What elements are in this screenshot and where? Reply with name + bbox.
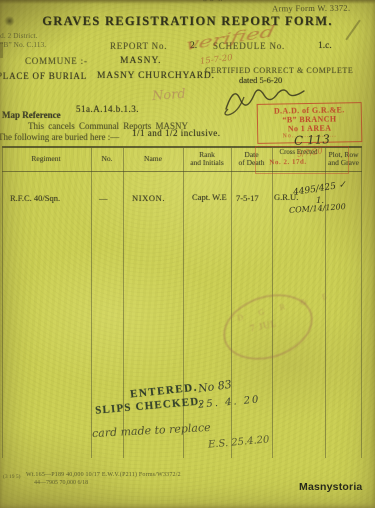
page-title: GRAVES REGISTRATION REPORT FORM. — [42, 14, 333, 29]
col-header-regiment: Regiment — [10, 155, 82, 163]
cutoff-header-number: 3-3-4. — [203, 0, 249, 5]
printers-imprint-line2: 44—7905 70,000 6/18 — [34, 480, 88, 486]
col-header-no: No. — [91, 155, 123, 163]
masnystoria-credit: Masnystoria — [299, 481, 362, 493]
col-header-rank: Rank and Initials — [183, 151, 231, 167]
row-rank-initials: Capt. W.E — [192, 192, 227, 202]
army-form-number: Army Form W. 3372. — [272, 3, 350, 14]
ink-smudge — [3, 14, 17, 27]
map-reference-label: Map Reference — [2, 110, 61, 120]
table-column-line — [231, 148, 232, 458]
handwritten-verified-date: 15-7-20 — [200, 53, 234, 67]
handwritten-region-nord: Nord — [152, 87, 187, 104]
schedule-no-value: 1.c. — [318, 41, 332, 51]
table-column-line — [325, 148, 326, 458]
scratch-mark — [345, 20, 360, 41]
handwritten-com-reference: COM/14/1200 — [289, 202, 346, 215]
district-reference: d. 2 District. “B” No. C.113. — [0, 32, 46, 49]
place-of-burial-value: MASNY CHURCHYARD. — [97, 71, 215, 81]
red-stamp-overlay-text: No. 2. 17d. — [257, 157, 319, 166]
map-reference-value: 51a.A.14.b.1.3. — [76, 104, 139, 114]
table-column-line — [2, 148, 3, 458]
table-column-line — [91, 148, 92, 458]
table-column-line — [183, 148, 184, 458]
handwritten-card-date: E.S. 25.4.20 — [208, 434, 270, 450]
certified-correct-line: CERTIFIED CORRECT & COMPLETE — [205, 66, 353, 75]
printers-imprint-line1: Wt.165—P189 40,000 10/17 E.W.V.(P211) Fo… — [26, 472, 181, 478]
row-date-of-death: 7-5-17 — [236, 193, 259, 203]
edge-mark — [0, 42, 3, 58]
imprint-left-code: (3 19 5) — [3, 474, 20, 480]
commune-value: MASNY. — [120, 56, 161, 66]
handwritten-slips-date: 25. 4. 20 — [198, 394, 261, 410]
row-regiment: R.F.C. 40/Sqn. — [10, 193, 60, 203]
row-name: NIXON. — [132, 193, 165, 203]
commune-label: COMMUNE :- — [25, 56, 88, 66]
col-header-name: Name — [123, 155, 183, 163]
handwritten-entered-note: No 83 — [197, 378, 232, 396]
table-column-line — [361, 148, 362, 458]
buried-here-range: 1/1 and 1/2 inclusive. — [132, 128, 221, 138]
row-number: — — [99, 193, 108, 203]
place-of-burial-label: PLACE OF BURIAL — [0, 71, 87, 81]
report-no-label: REPORT No. — [110, 41, 167, 51]
buried-here-label: The following are buried here :— — [0, 132, 119, 142]
handwritten-card-made-note: card made to replace — [92, 421, 211, 440]
graves-registration-form-photo: COMMUNAL CEMETERY REPORT 3-3-4. Army For… — [0, 0, 375, 508]
